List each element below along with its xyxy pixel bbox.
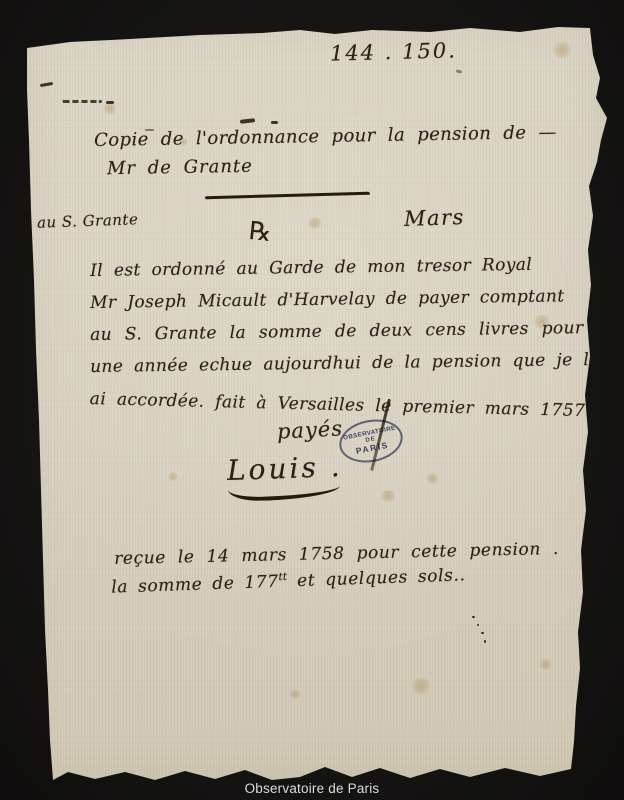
responsum-paraph: ℞ [248,217,273,247]
title-line-2: Mr de Grante [107,157,253,179]
ink-speck [484,640,486,643]
paid-note: payés [276,417,343,444]
photo-caption: Observatoire de Paris [0,781,624,796]
ink-speck [481,632,484,634]
month-heading: Mars [404,206,466,231]
ink-speck [477,624,479,626]
ink-smudge [106,101,114,104]
ink-smudge [62,100,102,103]
stamp-text-bottom: PARIS [355,439,390,455]
margin-note: au S. Grante [37,211,139,231]
photo-page: { "colors": { "background": "#141312", "… [0,0,624,800]
folio-numbers: 144 . 150. [330,39,457,65]
ink-smudge [271,121,278,124]
manuscript-paper: 144 . 150. Copie de l'ordonnance pour la… [0,0,624,800]
